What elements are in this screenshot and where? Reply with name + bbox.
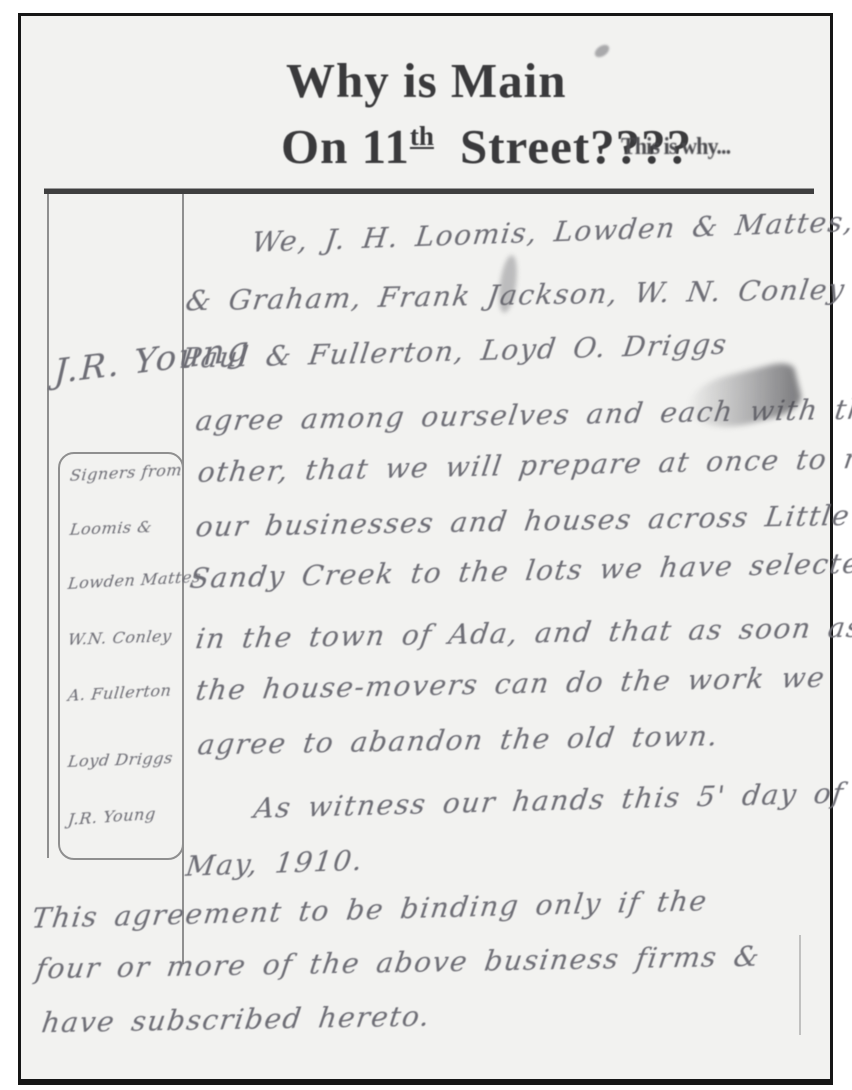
signers-box: Signers from Loomis & Lowden Mattes W.N.… — [58, 452, 184, 860]
signer-line: Loomis & — [69, 517, 153, 539]
title-ordinal-suffix: th — [410, 121, 434, 151]
handwriting-line: & Graham, Frank Jackson, W. N. Conley — [184, 273, 848, 317]
handwriting-line: in the town of Ada, and that as soon as — [194, 610, 852, 655]
handwriting-line: As witness our hands this 5' day of — [252, 777, 847, 825]
signer-line: A. Fullerton — [67, 681, 173, 705]
scanned-document: Why is Main On 11thStreet???? This is wh… — [0, 0, 852, 1090]
handwriting-line: Paul & Fullerton, Loyd O. Driggs — [180, 328, 730, 375]
handwriting-line: the house-movers can do the work we — [194, 661, 828, 707]
footer-note-line: This agreement to be binding only if the — [30, 884, 710, 935]
sidebar-left-rule — [47, 194, 49, 858]
footer-note-line: four or more of the above business firms… — [34, 939, 763, 985]
page-border: Why is Main On 11thStreet???? This is wh… — [18, 13, 833, 1085]
signer-line: Loyd Driggs — [67, 748, 174, 771]
title-tagline: This is why... — [621, 134, 730, 161]
handwriting-line: We, J. H. Loomis, Lowden & Mattes, Nolen — [250, 201, 852, 259]
handwriting-line: agree among ourselves and each with the — [194, 392, 852, 437]
title-line-1: Why is Main — [286, 52, 567, 109]
title-divider — [44, 188, 814, 194]
signer-line: Lowden Mattes — [67, 567, 202, 593]
handwriting-line: our businesses and houses across Little — [194, 499, 852, 543]
signer-line: J.R. Young — [67, 804, 157, 829]
title-street-number: On 11 — [281, 119, 410, 174]
footer-note-line: have subscribed hereto. — [40, 999, 433, 1039]
handwriting-line: other, that we will prepare at once to m… — [196, 441, 852, 489]
handwriting-line: May, 1910. — [184, 844, 365, 883]
scan-line-artifact — [799, 935, 801, 1035]
signer-line: W.N. Conley — [67, 626, 173, 649]
scan-smudge — [593, 42, 612, 59]
handwriting-line: agree to abandon the old town. — [196, 719, 722, 761]
document-page: Why is Main On 11thStreet???? This is wh… — [0, 0, 852, 1090]
handwriting-line: Sandy Creek to the lots we have selected — [188, 546, 852, 595]
signer-line: Signers from — [69, 460, 183, 485]
